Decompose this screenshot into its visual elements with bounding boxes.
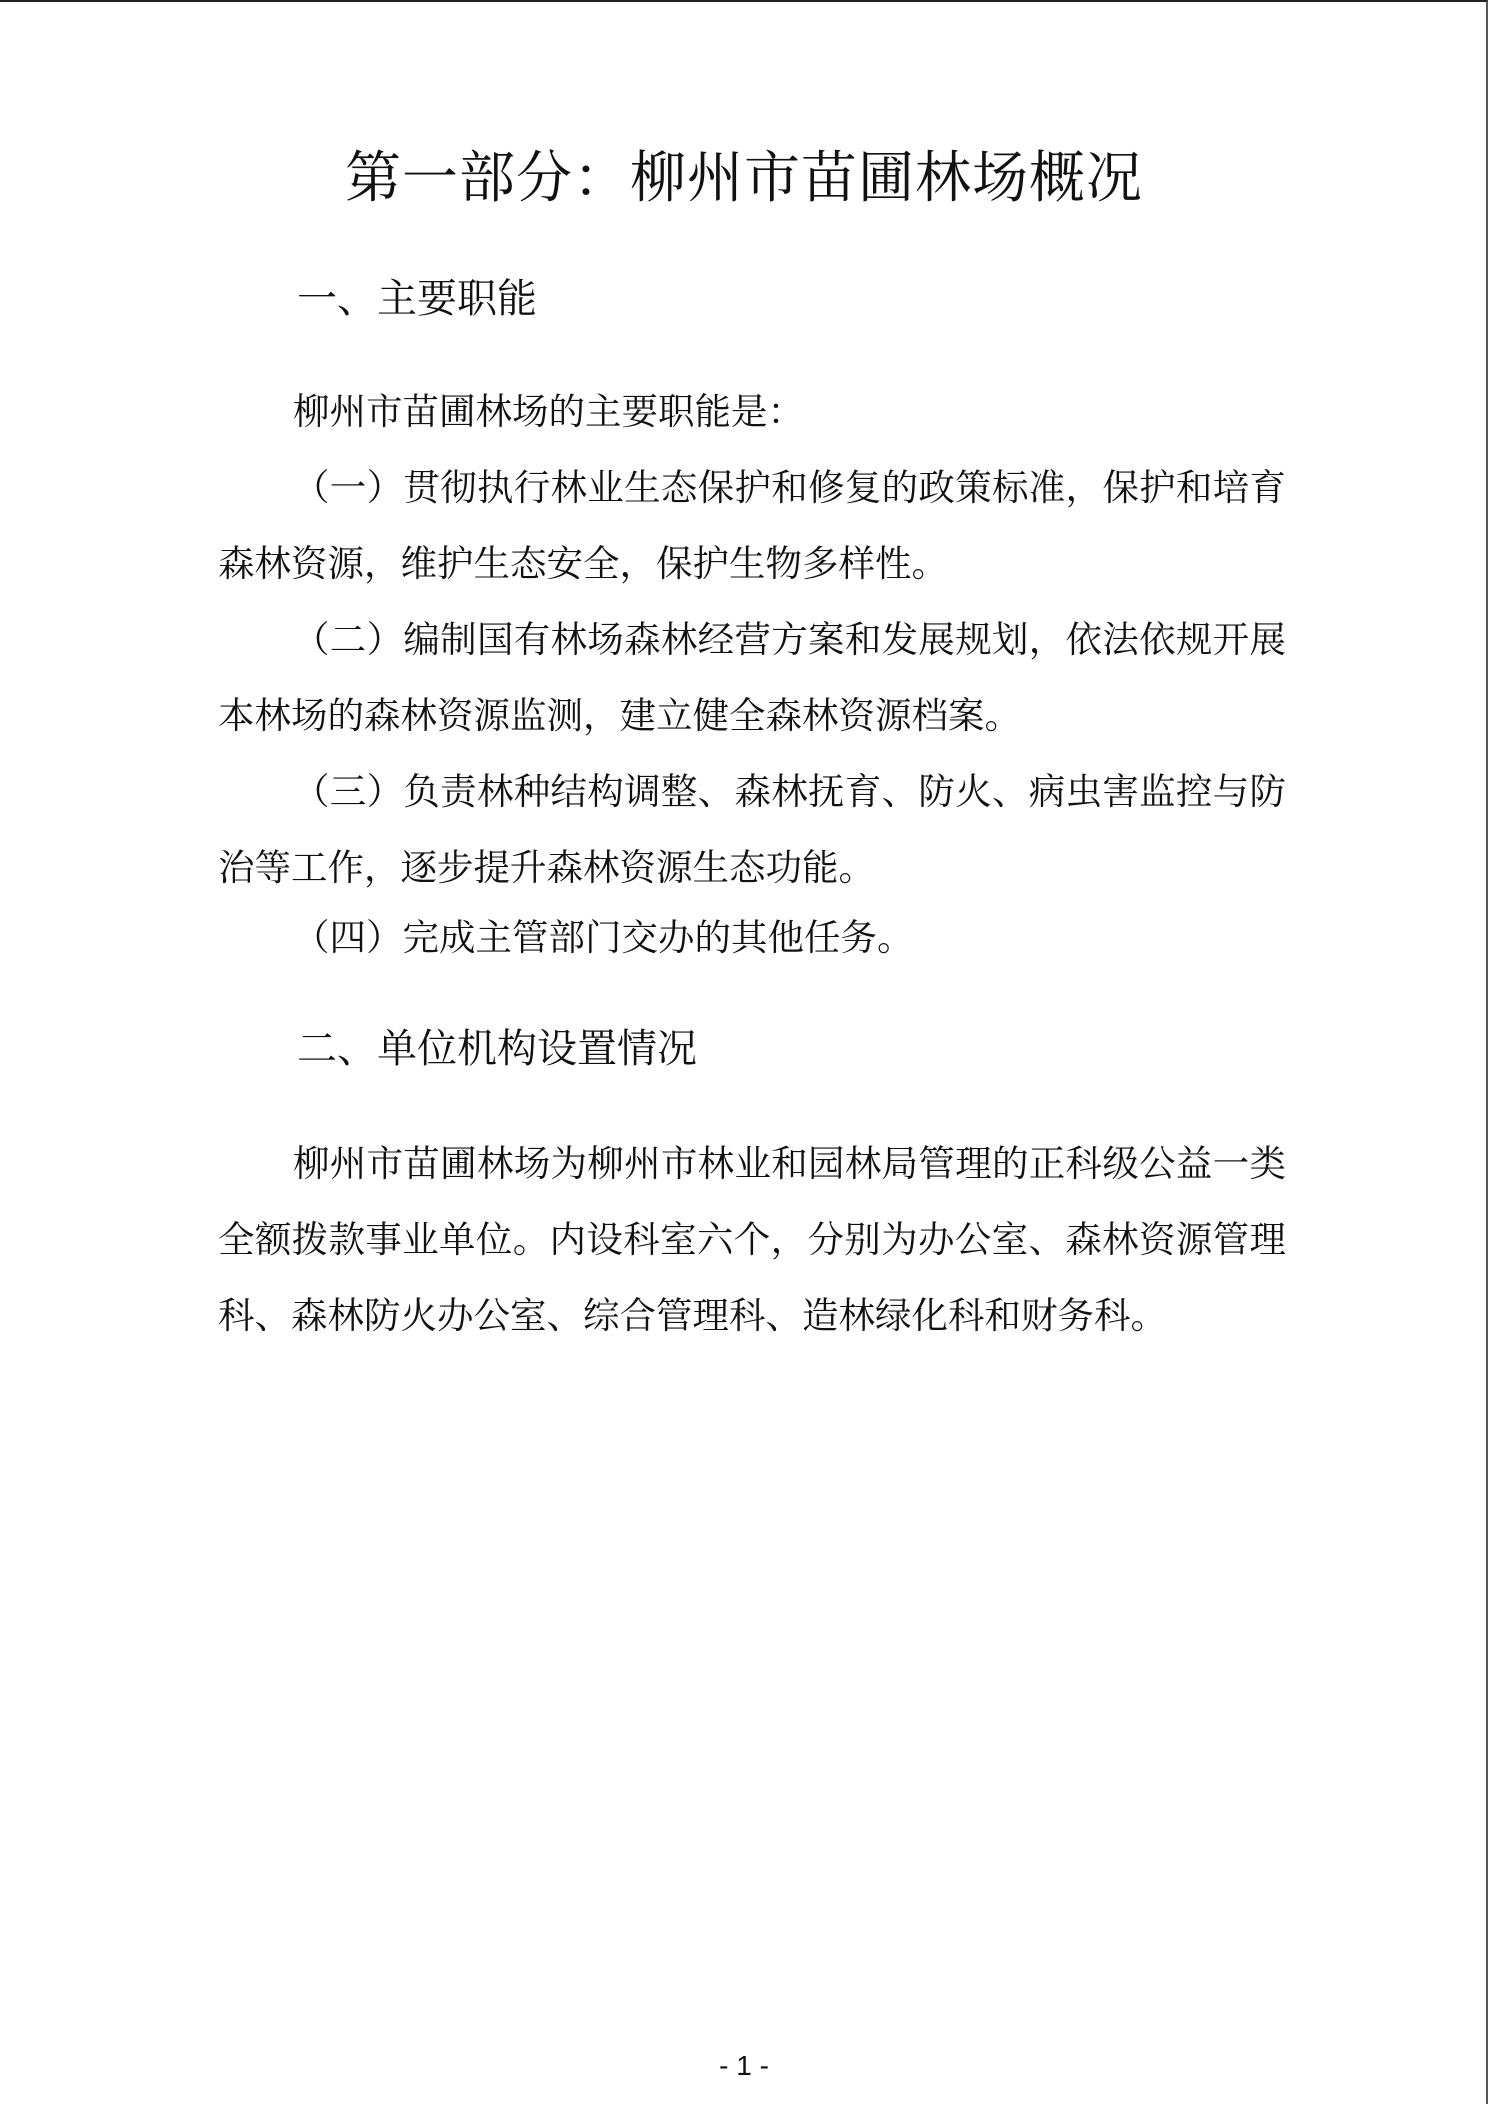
paragraph-function-2: （二）编制国有林场森林经营方案和发展规划，依法依规开展本林场的森林资源监测，建立… xyxy=(218,602,1286,754)
paragraph-organization: 柳州市苗圃林场为柳州市林业和园林局管理的正科级公益一类全额拨款事业单位。内设科室… xyxy=(218,1126,1286,1354)
paragraph-function-4: （四）完成主管部门交办的其他任务。 xyxy=(218,900,1286,976)
page-number: - 1 - xyxy=(0,2050,1488,2082)
paragraph-functions-intro: 柳州市苗圃林场的主要职能是： xyxy=(218,374,1286,450)
document-title: 第一部分：柳州市苗圃林场概况 xyxy=(0,144,1488,214)
paragraph-function-3: （三）负责林种结构调整、森林抚育、防火、病虫害监控与防治等工作，逐步提升森林资源… xyxy=(218,754,1286,906)
paragraph-function-1: （一）贯彻执行林业生态保护和修复的政策标准，保护和培育森林资源，维护生态安全，保… xyxy=(218,450,1286,602)
section-heading-main-functions: 一、主要职能 xyxy=(297,274,537,324)
section-heading-organization: 二、单位机构设置情况 xyxy=(297,1024,697,1074)
document-page: 第一部分：柳州市苗圃林场概况 一、主要职能 柳州市苗圃林场的主要职能是： （一）… xyxy=(0,0,1488,2104)
